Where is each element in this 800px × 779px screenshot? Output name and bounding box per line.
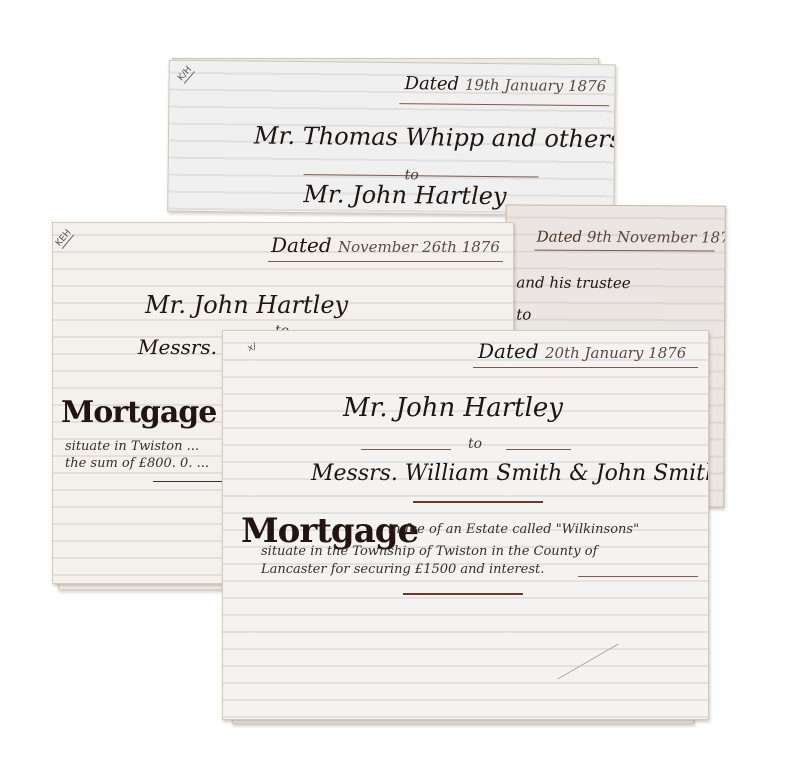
body-line: Lancaster for securing £1500 and interes… <box>261 561 544 578</box>
underline <box>304 174 539 177</box>
dated-line: Dated November 26th 1876 <box>271 233 500 257</box>
dated-label: Dated <box>404 73 459 95</box>
underline <box>506 449 571 450</box>
dated-value: November 26th 1876 <box>338 238 500 256</box>
dated-value: 20th January 1876 <box>545 344 686 362</box>
document-whipp-to-hartley: K/H Dated 19th January 1876 Mr. Thomas W… <box>167 60 616 217</box>
body-line: situate in the Township of Twiston in th… <box>261 543 597 560</box>
dated-label: Dated <box>271 233 332 257</box>
corner-mark: KEH <box>54 228 74 249</box>
dated-line: Dated 9th November 1870 <box>537 228 726 247</box>
body-line: the sum of £800. 0. ... <box>65 455 209 472</box>
party-from: Mr. John Hartley <box>145 291 348 319</box>
corner-mark: x/ <box>247 342 258 354</box>
dated-label: Dated <box>478 339 539 363</box>
corner-mark: K/H <box>176 65 195 84</box>
dated-label: Dated <box>537 228 583 246</box>
underline <box>535 250 715 252</box>
body-line: situate in Twiston ... <box>65 438 199 455</box>
doc-type: Mortgage <box>61 395 216 430</box>
to-label: to <box>468 436 482 452</box>
pencil-mark <box>557 644 618 680</box>
underline <box>473 367 698 368</box>
to-label: to <box>516 305 531 323</box>
dated-value: 19th January 1876 <box>465 76 607 95</box>
body-line: in fee of an Estate called "Wilkinsons" <box>388 521 639 538</box>
party-to: Messrs. William Smith & John Smith <box>311 461 709 486</box>
underline <box>399 103 609 106</box>
party-from: Mr. Thomas Whipp and others <box>254 122 616 154</box>
party-to: Mr. John Hartley <box>303 180 506 210</box>
party-from: Mr. John Hartley <box>343 393 563 423</box>
dated-value: 9th November 1870 <box>587 228 726 247</box>
underline <box>403 593 523 595</box>
underline <box>153 481 223 482</box>
underline <box>578 576 698 577</box>
underline <box>413 501 543 503</box>
dated-line: Dated 19th January 1876 <box>404 73 606 96</box>
dated-line: Dated 20th January 1876 <box>478 339 686 363</box>
underline <box>361 449 451 450</box>
visible-text: and his trustee <box>516 273 630 292</box>
document-hartley-to-smith: x/ Dated 20th January 1876 Mr. John Hart… <box>222 330 709 720</box>
underline <box>268 261 503 262</box>
